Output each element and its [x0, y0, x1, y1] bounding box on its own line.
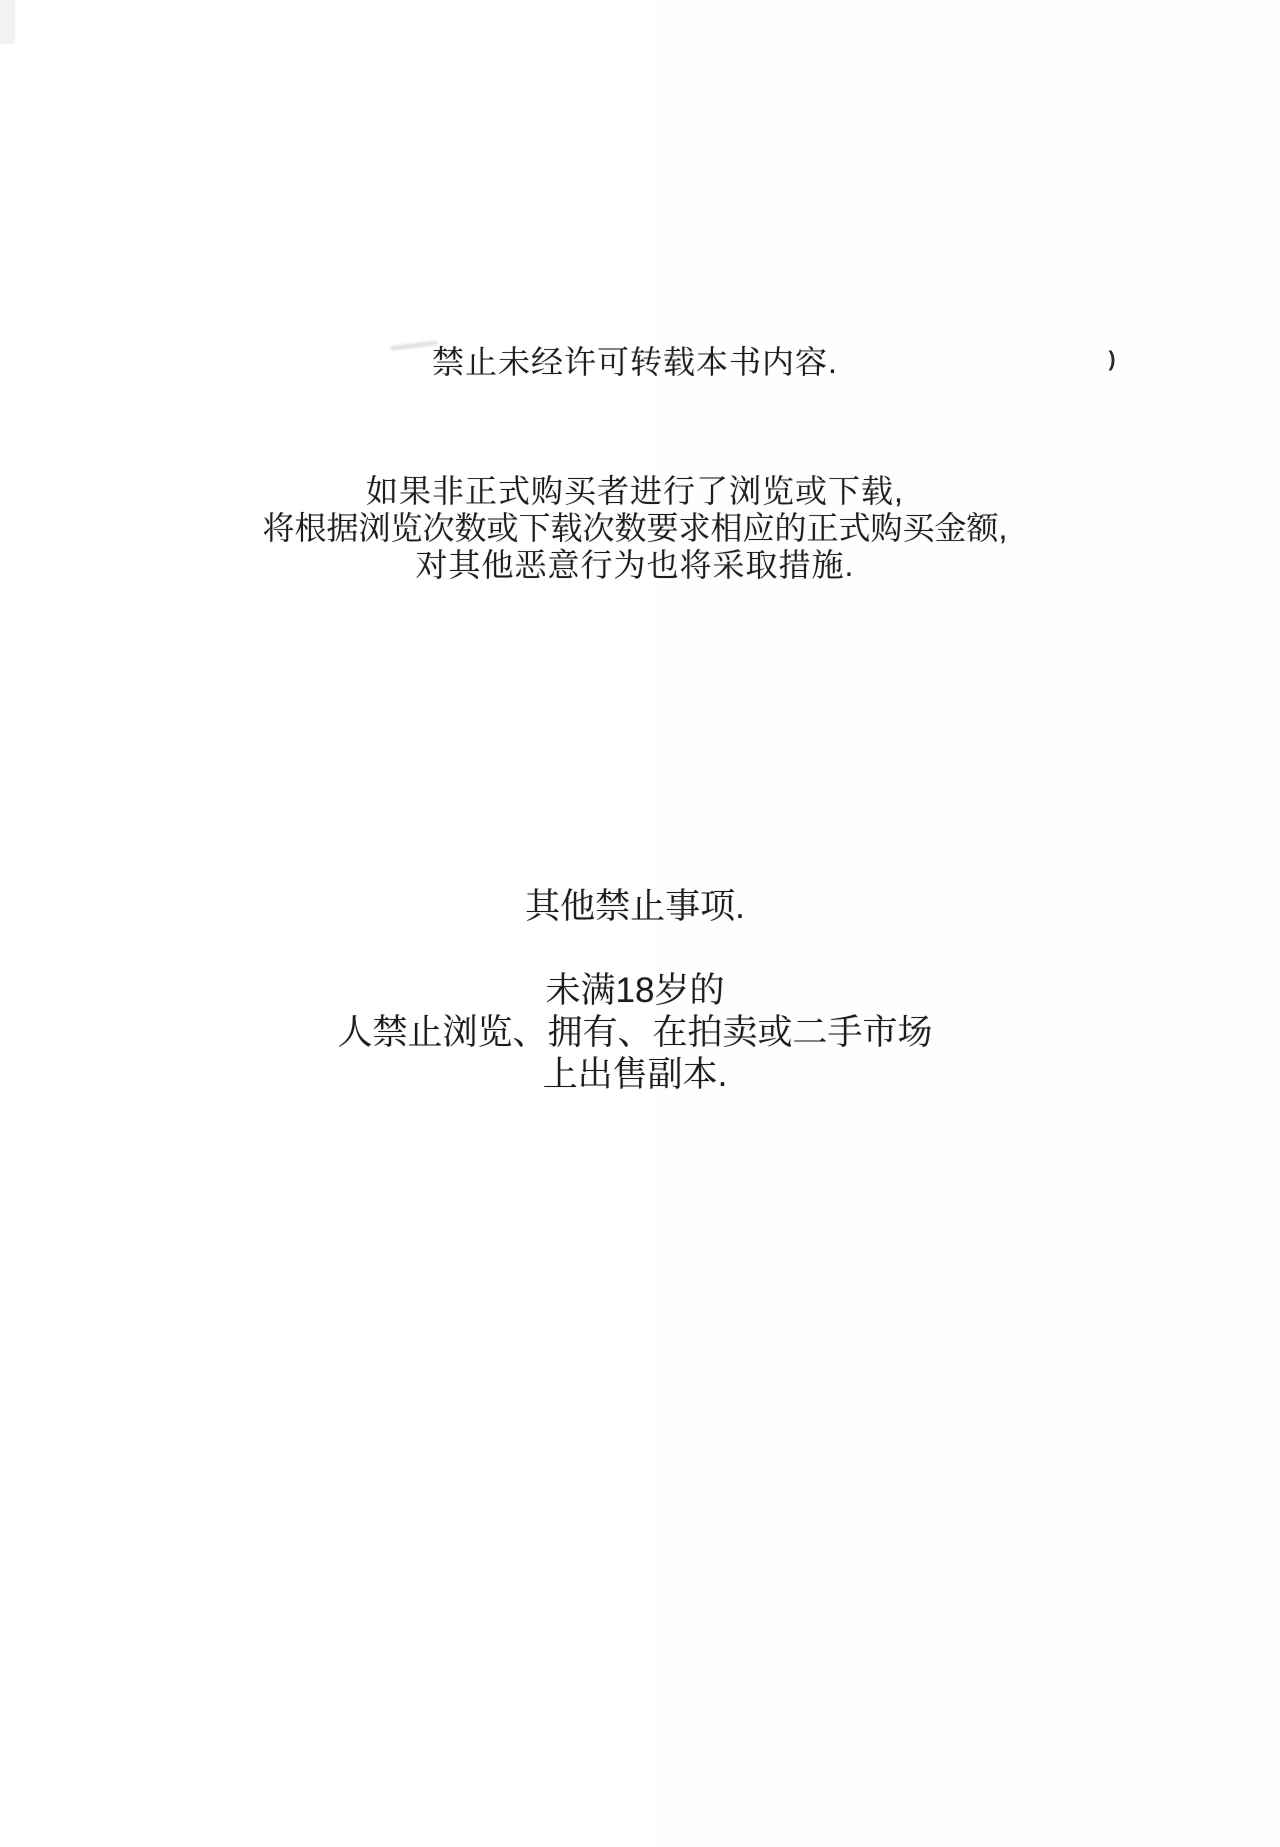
- stray-paren-mark: ): [1100, 348, 1124, 372]
- age-restriction-line-3: 上出售副本.: [0, 1047, 1270, 1097]
- corner-scan-artifact: [0, 0, 15, 44]
- copyright-notice-line: 禁止未经许可转载本书内容.: [0, 337, 1270, 383]
- other-prohibitions-heading: 其他禁止事项.: [0, 879, 1270, 929]
- scanned-notice-page: 禁止未经许可转载本书内容. ) 如果非正式购买者进行了浏览或下载, 将根据浏览次…: [0, 0, 1280, 1847]
- purchase-warning-line-3: 对其他恶意行为也将采取措施.: [0, 540, 1270, 586]
